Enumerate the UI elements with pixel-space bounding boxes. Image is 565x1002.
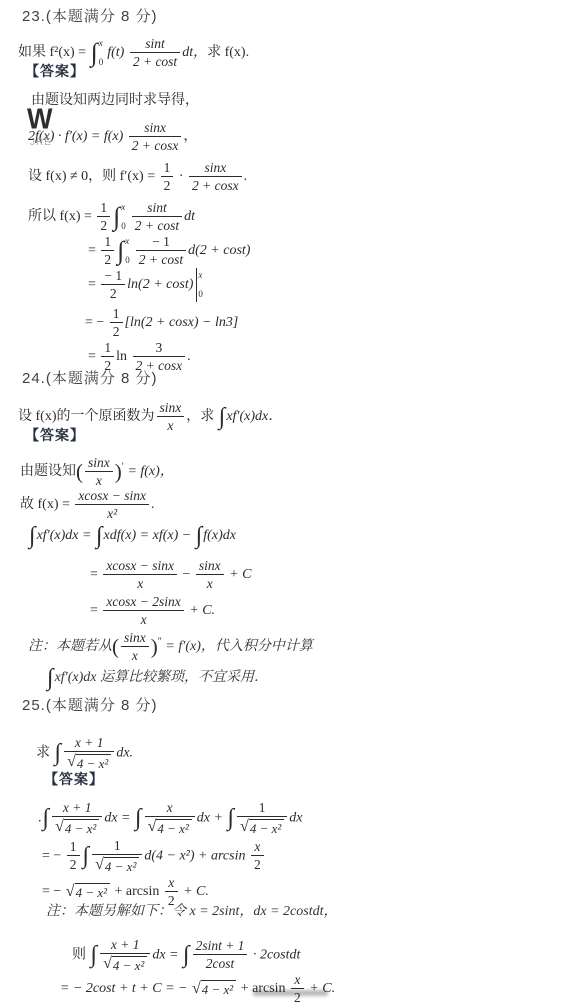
fraction-denominator: 2 [291, 988, 304, 1002]
math-run: d(4 − x²) + arcsin [144, 848, 249, 863]
fraction-denominator: 2 [67, 855, 80, 873]
fraction-denominator: x [121, 646, 149, 664]
math-run: + C. [180, 884, 209, 899]
radical-sign: √ [240, 819, 249, 835]
fraction-denominator: √4 − x² [145, 816, 195, 837]
integral-lower-limit: 0 [121, 222, 126, 231]
fraction-numerator: x + 1 [64, 735, 114, 751]
p23-step-expand: = − 12[ln(2 + cosx) − ln3] [85, 306, 238, 340]
equals-sign: = [88, 349, 99, 364]
eval-upper-limit: x [198, 271, 203, 280]
fraction: x2 [291, 972, 304, 1002]
fraction-numerator: 1 [67, 839, 80, 855]
fraction: 12 [110, 306, 123, 340]
fraction: − 12 [101, 268, 125, 302]
fraction-denominator: 2 [101, 284, 125, 302]
math-run: + arcsin [237, 981, 289, 996]
integral-sign: ∫ [219, 404, 226, 430]
fraction-denominator: x [196, 574, 224, 592]
fraction: sinxx [85, 455, 113, 489]
p25-step-substitute: = − 12∫1√4 − x²d(4 − x²) + arcsin x2 [42, 838, 266, 874]
square-root: √4 − x² [55, 819, 99, 837]
math-run: [ln(2 + cosx) − ln3] [125, 315, 239, 330]
integral-lower-limit: 0 [99, 58, 104, 67]
fraction: sint2 + cost [130, 36, 180, 70]
integral-sign: ∫ [29, 523, 36, 549]
fraction-denominator: 2 [101, 250, 114, 268]
square-root: √4 − x² [67, 754, 111, 772]
p24-note-line2: ∫xf′(x)dx 运算比较繁琐，不宜采用． [46, 666, 268, 690]
fraction: sinx2 + cosx [129, 120, 182, 154]
fraction-numerator: sinx [189, 160, 242, 176]
fraction-denominator: 2 + cost [132, 216, 182, 234]
fraction-numerator: 1 [237, 800, 287, 816]
fraction-denominator: √4 − x² [237, 816, 287, 837]
fraction-denominator: 2 [161, 176, 174, 194]
fraction-denominator: √4 − x² [92, 854, 142, 875]
fraction-numerator: sinx [121, 630, 149, 646]
document-page: W JRE 23.(本题满分 8 分) 如果 f²(x) = ∫x0f(t) s… [0, 0, 565, 1002]
integral-sign: ∫ [117, 238, 124, 264]
p25-note-final: = − 2cost + t + C = − √4 − x² + arcsin x… [60, 972, 335, 1002]
math-run: + C. [306, 981, 335, 996]
integral-with-limits: ∫x0 [117, 236, 133, 266]
p23-step-derivative: 2f(x) · f′(x) = f(x) sinx2 + cosx， [28, 120, 197, 154]
square-root: √4 − x² [148, 819, 192, 837]
fraction-numerator: 1 [161, 160, 174, 176]
equals-sign: = − [42, 884, 65, 899]
multiplication-dot: · [175, 169, 187, 184]
square-root: √4 − x² [66, 883, 110, 901]
fraction-numerator: x [145, 800, 195, 816]
fraction: xcosx − sinxx² [75, 488, 149, 522]
fraction: 12 [101, 340, 114, 374]
fraction: x + 1√4 − x² [64, 735, 114, 771]
fraction-numerator: xcosx − sinx [103, 558, 177, 574]
integral-sign: ∫ [55, 740, 62, 766]
math-run: 故 f(x) = [20, 497, 73, 512]
note-text: = f′(x)，代入积分中计算 [162, 639, 313, 654]
fraction: x√4 − x² [145, 800, 195, 836]
integral-sign: ∫ [91, 40, 98, 66]
square-root: √4 − x² [103, 956, 147, 974]
fraction-numerator: 1 [101, 340, 114, 356]
fraction: 2sint + 12cost [193, 938, 248, 972]
math-run: + C [226, 567, 252, 582]
question-ask: 求 f(x). [207, 45, 249, 60]
radicand: 4 − x² [104, 857, 139, 875]
square-root: √4 − x² [240, 819, 284, 837]
fraction: 1√4 − x² [237, 800, 287, 836]
equals-sign: = [90, 567, 101, 582]
integral-lower-limit: 0 [125, 256, 130, 265]
fraction-denominator: x² [75, 504, 149, 522]
equals-sign: = [88, 243, 99, 258]
fraction-numerator: x + 1 [52, 800, 102, 816]
fraction: sinx2 + cosx [189, 160, 242, 194]
fraction-denominator: x [85, 471, 113, 489]
fraction-denominator: x [103, 574, 177, 592]
watermark: W JRE [27, 104, 52, 135]
fraction-denominator: 2 [251, 855, 264, 873]
answer-label: 【答案】 [44, 772, 104, 790]
fraction-numerator: x [165, 875, 178, 891]
fraction: 12 [161, 160, 174, 194]
integral-upper-limit: x [125, 237, 130, 246]
fraction-denominator: 2cost [193, 954, 248, 972]
fraction-numerator: sint [130, 36, 180, 52]
integral-sign: ∫ [96, 523, 103, 549]
question-text: ，求 [186, 409, 218, 424]
p25-step-split: .∫x + 1√4 − x²dx = ∫x√4 − x²dx + ∫1√4 − … [38, 800, 303, 836]
problem-25-question: 求 ∫x + 1√4 − x²dx. [36, 735, 133, 771]
fraction: 1√4 − x² [92, 838, 142, 874]
question-text: 设 f(x)的一个原函数为 [18, 409, 155, 424]
p23-step-fprime: 设 f(x) ≠ 0，则 f′(x) = 12 · sinx2 + cosx. [28, 160, 247, 194]
fraction-denominator: 2 [110, 322, 123, 340]
problem-25-header: 25.(本题满分 8 分) [22, 697, 158, 716]
square-root: √4 − x² [95, 857, 139, 875]
integral-sign: ∫ [113, 204, 120, 230]
fraction-numerator: sinx [85, 455, 113, 471]
fraction: sinxx [121, 630, 149, 664]
radicand: 4 − x² [75, 883, 110, 901]
p25-note-line1: 注：本题另解如下：令 x = 2sint，dx = 2costdt， [46, 903, 338, 921]
square-root: √4 − x² [192, 980, 236, 998]
fraction-denominator: x [103, 610, 183, 628]
p24-step-fx: 故 f(x) = xcosx − sinxx². [20, 488, 154, 522]
p23-step-substitute: = 12∫x0− 12 + costd(2 + cost) [88, 234, 250, 268]
differential: dt， [182, 45, 207, 60]
equals-sign: = − [42, 848, 65, 863]
fraction-numerator: − 1 [101, 268, 125, 284]
integral-sign: ∫ [91, 942, 98, 968]
fraction-numerator: x [251, 839, 264, 855]
fraction-numerator: 2sint + 1 [193, 938, 248, 954]
fraction-numerator: sinx [129, 120, 182, 136]
p24-step-premise: 由题设知(sinxx)′ = f(x)， [20, 455, 174, 489]
integral-upper-limit: x [121, 203, 126, 212]
integral-upper-limit: x [99, 39, 104, 48]
p24-note-line1: 注：本题若从(sinxx)″ = f′(x)，代入积分中计算 [28, 630, 313, 664]
punctuation: . [187, 349, 191, 364]
differential: d(2 + cost) [188, 243, 250, 258]
math-run: xf′(x)dx． [226, 409, 282, 424]
fraction-denominator: √4 − x² [100, 953, 150, 974]
integral-sign: ∫ [43, 805, 50, 831]
fraction-numerator: sinx [196, 558, 224, 574]
question-text: 求 [36, 745, 54, 760]
fraction-numerator: sinx [157, 400, 185, 416]
integral-with-limits: ∫x0 [91, 38, 107, 68]
fraction: sinxx [157, 400, 185, 434]
math-run: · 2costdt [249, 947, 300, 962]
fraction-denominator: 2 + cosx [129, 136, 182, 154]
math-run: dx = [104, 810, 134, 825]
p25-note-line2: 则 ∫x + 1√4 − x²dx = ∫2sint + 12cost · 2c… [72, 937, 300, 973]
eval-lower-limit: 0 [198, 290, 203, 299]
stray-dot: . [38, 810, 42, 825]
ln-symbol: ln [116, 349, 130, 364]
left-paren: ( [76, 459, 83, 483]
note-text: 注：本题若从 [28, 639, 112, 654]
radicand: 4 − x² [201, 980, 236, 998]
problem-24-header: 24.(本题满分 8 分) [22, 370, 158, 389]
text-run: 则 [72, 947, 90, 962]
fraction-denominator: x [157, 416, 185, 434]
radicand: 4 − x² [249, 819, 284, 837]
note-text: xf′(x)dx 运算比较繁琐，不宜采用． [55, 670, 268, 685]
punctuation: . [244, 169, 248, 184]
fraction-numerator: x [291, 972, 304, 988]
right-paren: ) [115, 459, 122, 483]
integral-sign: ∫ [196, 523, 203, 549]
radicand: 4 − x² [64, 819, 99, 837]
fraction: x2 [251, 839, 264, 873]
fraction: 12 [97, 200, 110, 234]
integral-sign: ∫ [135, 805, 142, 831]
fraction: 32 + cosx [133, 340, 186, 374]
answer-label: 【答案】 [25, 428, 85, 446]
radical-sign: √ [148, 819, 157, 835]
fraction-numerator: x + 1 [100, 937, 150, 953]
integral-sign: ∫ [183, 942, 190, 968]
p23-step-integral: 所以 f(x) = 12∫x0sint2 + costdt [28, 200, 195, 234]
math-run: = f(x)， [124, 464, 174, 479]
integrand: f(t) [107, 45, 128, 60]
fraction: x + 1√4 − x² [100, 937, 150, 973]
integral-with-limits: ∫x0 [113, 202, 129, 232]
fraction: xcosx − sinxx [103, 558, 177, 592]
math-run: f(x)dx [203, 528, 236, 543]
fraction-numerator: 1 [110, 306, 123, 322]
fraction: xcosx − 2sinxx [103, 594, 183, 628]
radicand: 4 − x² [76, 754, 111, 772]
math-run: ln(2 + cost) [127, 277, 193, 292]
radical-sign: √ [66, 884, 75, 900]
p23-final-answer: = 12ln 32 + cosx. [88, 340, 191, 374]
solution-intro: 由题设知两边同时求导得， [31, 92, 199, 110]
equals-sign: = [88, 277, 99, 292]
math-run: dx = [152, 947, 182, 962]
watermark-w-icon: W [27, 103, 52, 136]
answer-label: 【答案】 [25, 64, 85, 82]
fraction-numerator: − 1 [136, 234, 186, 250]
integral-sign: ∫ [47, 665, 54, 691]
radicand: 4 − x² [112, 956, 147, 974]
evaluation-bar: x0 [196, 268, 206, 302]
p23-step-logarithm: = − 12ln(2 + cost)x0 [88, 268, 206, 302]
text-run: 由题设知 [20, 464, 76, 479]
radical-sign: √ [103, 956, 112, 972]
fraction-denominator: √4 − x² [52, 816, 102, 837]
fraction-denominator: 2 + cosx [189, 176, 242, 194]
minus-sign: − [179, 567, 194, 582]
question-text: 如果 f²(x) = [18, 45, 90, 60]
fraction: − 12 + cost [136, 234, 186, 268]
problem-23-header: 23.(本题满分 8 分) [22, 8, 158, 27]
punctuation: . [151, 497, 155, 512]
math-run: + arcsin [111, 884, 163, 899]
math-run: = − 2cost + t + C = − [60, 981, 191, 996]
watermark-text: JRE [30, 137, 52, 148]
fraction-numerator: 1 [101, 234, 114, 250]
math-run: 所以 f(x) = [28, 209, 95, 224]
fraction-numerator: 3 [133, 340, 186, 356]
fraction-numerator: xcosx − 2sinx [103, 594, 183, 610]
fraction: 12 [67, 839, 80, 873]
punctuation: ， [183, 129, 197, 144]
fraction-numerator: xcosx − sinx [75, 488, 149, 504]
equals-sign: = [90, 603, 101, 618]
integral-sign: ∫ [83, 843, 90, 869]
fraction: sinxx [196, 558, 224, 592]
fraction-denominator: 2 [97, 216, 110, 234]
radical-sign: √ [55, 819, 64, 835]
math-run: 设 f(x) ≠ 0，则 f′(x) = [28, 169, 159, 184]
radical-sign: √ [192, 981, 201, 997]
fraction-numerator: 1 [92, 838, 142, 854]
fraction-denominator: √4 − x² [64, 751, 114, 772]
radical-sign: √ [67, 754, 76, 770]
differential: dx. [116, 745, 133, 760]
fraction-numerator: sint [132, 200, 182, 216]
fraction-denominator: 2 + cost [130, 52, 180, 70]
left-paren: ( [112, 634, 119, 658]
math-run: xf′(x)dx = [37, 528, 95, 543]
math-run: xdf(x) = xf(x) − [104, 528, 195, 543]
p24-step-sub: = xcosx − sinxx − sinxx + C [90, 558, 251, 592]
fraction-denominator: 2 + cost [136, 250, 186, 268]
right-paren: ) [151, 634, 158, 658]
math-run: dx + [197, 810, 227, 825]
equals-sign: = − [85, 315, 108, 330]
differential: dt [184, 209, 195, 224]
math-run: + C. [186, 603, 215, 618]
integral-sign: ∫ [227, 805, 234, 831]
fraction: x + 1√4 − x² [52, 800, 102, 836]
p24-step-parts: ∫xf′(x)dx = ∫xdf(x) = xf(x) − ∫f(x)dx [28, 524, 236, 548]
differential: dx [289, 810, 302, 825]
radical-sign: √ [95, 857, 104, 873]
fraction: 12 [101, 234, 114, 268]
radicand: 4 − x² [156, 819, 191, 837]
p24-final-answer: = xcosx − 2sinxx + C. [90, 594, 215, 628]
fraction: sint2 + cost [132, 200, 182, 234]
fraction-numerator: 1 [97, 200, 110, 216]
